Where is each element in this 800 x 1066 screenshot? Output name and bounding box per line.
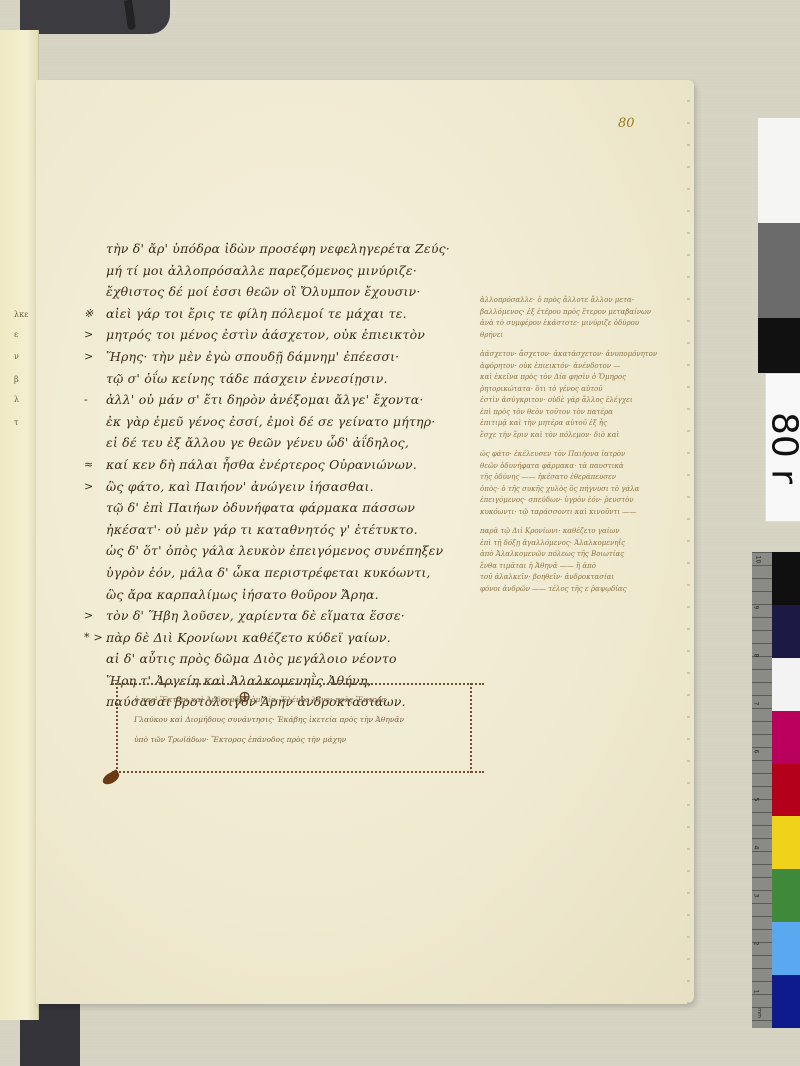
colophon-line: Γλαύκου καὶ Διομήδους συνάντησις· Ἑκάβης…: [134, 715, 404, 724]
patch: [772, 711, 800, 764]
margin-mark: >: [84, 476, 93, 498]
patch: [772, 922, 800, 975]
line-text: ἠκέσατ'· οὐ μὲν γάρ τι καταθνητός γ' ἐτέ…: [106, 522, 418, 537]
ruler-tick: 3: [752, 894, 759, 898]
ruler-tick: 6: [752, 750, 759, 754]
scholion-line: βαλλόμενος· ἐξ ἑτέρου πρὸς ἕτερον μεταβα…: [480, 307, 670, 319]
margin-mark: >: [84, 605, 93, 627]
scholion-line: καὶ ἐκεῖνα πρὸς τὸν Δία φησὶν ὁ Ὅμηρος: [480, 372, 670, 384]
line-text: τὸν δ' Ἥβη λοῦσεν, χαρίεντα δὲ εἵματα ἕσ…: [106, 608, 405, 623]
patch: [772, 764, 800, 817]
swatch-black: [758, 318, 800, 373]
margin-mark: * >: [84, 627, 103, 649]
line-text: τῷ δ' ἐπὶ Παιήων ὀδυνήφατα φάρμακα πάσσω…: [106, 500, 415, 515]
text-line: >ὣς φάτο, καὶ Παιήον' ἀνώγειν ἰήσασθαι.: [106, 476, 506, 498]
scholion-line: ῥητορικώτατα· ὅτι τὸ γένος αὐτοῦ: [480, 384, 670, 396]
margin-mark: -: [84, 389, 88, 411]
ink-blot: [101, 769, 122, 787]
text-line: >τὸν δ' Ἥβη λοῦσεν, χαρίεντα δὲ εἵματα ἕ…: [106, 605, 506, 627]
patch: [772, 816, 800, 869]
text-line: ὣς ἄρα καρπαλίμως ἰήσατο θοῦρον Ἄρηα.: [106, 584, 506, 606]
scholion-line: ὡς φάτο· ἐκέλευσεν τὸν Παιήονα ἰατρὸν: [480, 449, 670, 461]
line-text: ὡς δ' ὅτ' ὀπὸς γάλα λευκὸν ἐπειγόμενος σ…: [106, 543, 443, 558]
scholion-line: ἐπειγόμενος· σπεύδων· ὑγρὸν ἐόν· ῥευστὸν: [480, 495, 670, 507]
text-line: τὴν δ' ἄρ' ὑπόδρα ἰδὼν προσέφη νεφεληγερ…: [106, 238, 506, 260]
ruler-tick: 8: [752, 654, 759, 658]
scholion-line: ἔσχε τὴν ἔριν καὶ τὸν πόλεμον· διὸ καὶ: [480, 430, 670, 442]
text-line: εἰ δέ τευ ἐξ ἄλλου γε θεῶν γένευ ὧδ' ἀΐδ…: [106, 432, 506, 454]
leaf-mark: λ: [14, 395, 19, 404]
leaf-mark: λκε: [14, 310, 28, 319]
line-text: καί κεν δὴ πάλαι ἦσθα ἐνέρτερος Οὐρανιών…: [106, 457, 417, 472]
swatch-grey: [758, 223, 800, 318]
main-text-block: τὴν δ' ἄρ' ὑπόδρα ἰδὼν προσέφη νεφεληγερ…: [106, 238, 506, 713]
line-text: εἰ δέ τευ ἐξ ἄλλου γε θεῶν γένευ ὧδ' ἀΐδ…: [106, 435, 409, 450]
folio-number: 80: [618, 116, 635, 131]
patch: [772, 975, 800, 1028]
patch: [772, 605, 800, 658]
text-line: ἔχθιστος δέ μοί ἐσσι θεῶν οἳ Ὄλυμπον ἔχο…: [106, 281, 506, 303]
text-line: >Ἥρης· τὴν μὲν ἐγὼ σπουδῇ δάμνημ' ἐπέεσσ…: [106, 346, 506, 368]
line-text: ἔχθιστος δέ μοί ἐσσι θεῶν οἳ Ὄλυμπον ἔχο…: [106, 284, 421, 299]
colophon-line: ἡ παρ' Ἕκτορι καὶ Ἀνδρομάχῃ ὁμιλία· Ἑλέν…: [134, 695, 386, 704]
scholion-line: τοῦ ἀλαλκεῖν· βοηθεῖν· ἀνδροκτασίαι: [480, 572, 670, 584]
ruler-tick: 1: [752, 990, 759, 994]
line-text: ἀλλ' οὐ μάν σ' ἔτι δηρὸν ἀνέξομαι ἄλγε' …: [106, 392, 424, 407]
text-line: ἠκέσατ'· οὐ μὲν γάρ τι καταθνητός γ' ἐτέ…: [106, 519, 506, 541]
line-text: αἱ δ' αὖτις πρὸς δῶμα Διὸς μεγάλοιο νέον…: [106, 651, 397, 666]
line-text: μητρός τοι μένος ἐστὶν ἀάσχετον, οὐκ ἐπι…: [106, 327, 425, 342]
ruler-tick: 5: [752, 798, 759, 802]
text-line: ≈καί κεν δὴ πάλαι ἦσθα ἐνέρτερος Οὐρανιώ…: [106, 454, 506, 476]
text-line: ἐκ γὰρ ἐμεῦ γένος ἐσσί, ἐμοὶ δέ σε γείνα…: [106, 411, 506, 433]
manuscript-page: 80 τὴν δ' ἄρ' ὑπόδρα ἰδὼν προσέφη νεφελη…: [36, 80, 694, 1004]
text-line: >μητρός τοι μένος ἐστὶν ἀάσχετον, οὐκ ἐπ…: [106, 324, 506, 346]
leaf-mark: ν: [14, 352, 19, 361]
text-line: τῷ δ' ἐπὶ Παιήων ὀδυνήφατα φάρμακα πάσσω…: [106, 497, 506, 519]
scholion-line: θεῶν ὀδυνήφατα φάρμακα· τὰ παυστικὰ: [480, 461, 670, 473]
text-line: μή τί μοι ἀλλοπρόσαλλε παρεζόμενος μινύρ…: [106, 260, 506, 282]
scholion-line: ἀφόρητον· οὐκ ἐπιεικτόν· ἀνένδοτον —: [480, 361, 670, 373]
patch: [772, 869, 800, 922]
text-line: ὡς δ' ὅτ' ὀπὸς γάλα λευκὸν ἐπειγόμενος σ…: [106, 540, 506, 562]
line-text: τῷ σ' ὀΐω κείνης τάδε πάσχειν ἐννεσίῃσιν…: [106, 371, 388, 386]
marginal-scholia: ἀλλοπρόσαλλε· ὁ πρὸς ἄλλοτε ἄλλον μετα- …: [480, 295, 670, 595]
scholion-line: φόνοι ἀνδρῶν —— τέλος τῆς ε ῥαψῳδίας: [480, 584, 670, 596]
scholion-line: ἐστὶν ἀσύγκριτον· οὐδὲ γὰρ ἄλλος ἐλέγχει: [480, 395, 670, 407]
ruler-tick: 7: [752, 702, 759, 706]
patch: [772, 658, 800, 711]
color-patches: [772, 552, 800, 1028]
line-text: μή τί μοι ἀλλοπρόσαλλε παρεζόμενος μινύρ…: [106, 263, 417, 278]
margin-mark: ※: [84, 303, 93, 325]
scholion-line: ὀπὸς· ὁ τῆς συκῆς χυλὸς ὃς πήγνυσι τὸ γά…: [480, 484, 670, 496]
leaf-mark: ε: [14, 330, 18, 339]
ruler-tick: 10: [754, 556, 761, 564]
box-rule-top: [112, 683, 484, 685]
scholion-line: ἐπιτιμᾷ καὶ τὴν μητέρα αὐτοῦ ἐξ ἧς: [480, 418, 670, 430]
monogram-icon: ⊕: [238, 687, 251, 706]
line-text: αἰεὶ γάρ τοι ἔρις τε φίλη πόλεμοί τε μάχ…: [106, 306, 407, 321]
leaf-mark: τ: [14, 418, 18, 427]
ruler: 10 9 8 7 6 5 4 3 2 1 mm: [752, 552, 772, 1028]
folio-label-card: 80 r: [765, 373, 800, 522]
scholion-line: ἀνὰ τὸ συμφέρον ἑκάστοτε· μινύριζε ὀδύρο…: [480, 318, 670, 330]
folio-label-text: 80 r: [763, 411, 800, 483]
ruler-tick: 9: [752, 606, 759, 610]
line-text: ἐκ γὰρ ἐμεῦ γένος ἐσσί, ἐμοὶ δέ σε γείνα…: [106, 414, 435, 429]
line-text: πὰρ δὲ Διὶ Κρονίωνι καθέζετο κύδεϊ γαίων…: [106, 630, 391, 645]
scholion-line: ἐπὶ πρὸς τὸν θεὸν τοῦτον τὸν πατέρα: [480, 407, 670, 419]
scholion-line: ἀλλοπρόσαλλε· ὁ πρὸς ἄλλοτε ἄλλον μετα-: [480, 295, 670, 307]
box-rule-bottom: [112, 771, 484, 773]
line-text: ὣς φάτο, καὶ Παιήον' ἀνώγειν ἰήσασθαι.: [106, 479, 374, 494]
text-line: * >πὰρ δὲ Διὶ Κρονίωνι καθέζετο κύδεϊ γα…: [106, 627, 506, 649]
text-line: -ἀλλ' οὐ μάν σ' ἔτι δηρὸν ἀνέξομαι ἄλγε'…: [106, 389, 506, 411]
scholion-line: παρὰ τῷ Διὶ Κρονίωνι· καθέζετο γαίων: [480, 526, 670, 538]
pricking-marks: [687, 80, 690, 1004]
scholion-line: κυκόωντι· τῷ ταράσσοντι καὶ κινοῦντι ——: [480, 507, 670, 519]
leaf-mark: β: [14, 375, 19, 384]
margin-mark: >: [84, 324, 93, 346]
ruler-unit: mm: [756, 1008, 762, 1018]
scholion-line: ἀάσχετον· ἄσχετον· ἀκατάσχετον· ἀνυπομόν…: [480, 349, 670, 361]
scholion-line: ἀπὸ Ἀλαλκομενῶν πόλεως τῆς Βοιωτίας: [480, 549, 670, 561]
line-text: Ἥρης· τὴν μὲν ἐγὼ σπουδῇ δάμνημ' ἐπέεσσι…: [106, 349, 399, 364]
color-scale: 10 9 8 7 6 5 4 3 2 1 mm: [752, 552, 800, 1028]
line-text: τὴν δ' ἄρ' ὑπόδρα ἰδὼν προσέφη νεφεληγερ…: [106, 241, 450, 256]
text-line: ※αἰεὶ γάρ τοι ἔρις τε φίλη πόλεμοί τε μά…: [106, 303, 506, 325]
colophon-line: ὑπὸ τῶν Τρωϊάδων· Ἕκτορος ἐπάνοδος πρὸς …: [134, 735, 346, 744]
scholion-line: θρήνει: [480, 330, 670, 342]
text-line: τῷ σ' ὀΐω κείνης τάδε πάσχειν ἐννεσίῃσιν…: [106, 368, 506, 390]
scholion-line: ἐπὶ τῇ δόξῃ ἀγαλλόμενος· Ἀλαλκομενηῒς: [480, 538, 670, 550]
margin-mark: ≈: [84, 454, 93, 476]
scholion-line: ἔνθα τιμᾶται ἡ Ἀθηνᾶ —— ἢ ἀπὸ: [480, 561, 670, 573]
colophon-box: ἡ παρ' Ἕκτορι καὶ Ἀνδρομάχῃ ὁμιλία· Ἑλέν…: [116, 683, 472, 773]
swatch-white: [758, 118, 800, 223]
line-text: ὑγρὸν ἐόν, μάλα δ' ὦκα περιστρέφεται κυκ…: [106, 565, 431, 580]
ruler-tick: 2: [752, 942, 759, 946]
line-text: ὣς ἄρα καρπαλίμως ἰήσατο θοῦρον Ἄρηα.: [106, 587, 379, 602]
previous-leaf-edge: λκε ε ν β λ τ: [0, 30, 39, 1020]
text-line: ὑγρὸν ἐόν, μάλα δ' ὦκα περιστρέφεται κυκ…: [106, 562, 506, 584]
patch: [772, 552, 800, 605]
text-line: αἱ δ' αὖτις πρὸς δῶμα Διὸς μεγάλοιο νέον…: [106, 648, 506, 670]
binding-shadow-top: [20, 0, 170, 34]
margin-mark: >: [84, 346, 93, 368]
scholion-line: τῆς ὀδύνης —— ἠκέσατο ἐθεράπευσεν: [480, 472, 670, 484]
ruler-tick: 4: [752, 846, 759, 850]
